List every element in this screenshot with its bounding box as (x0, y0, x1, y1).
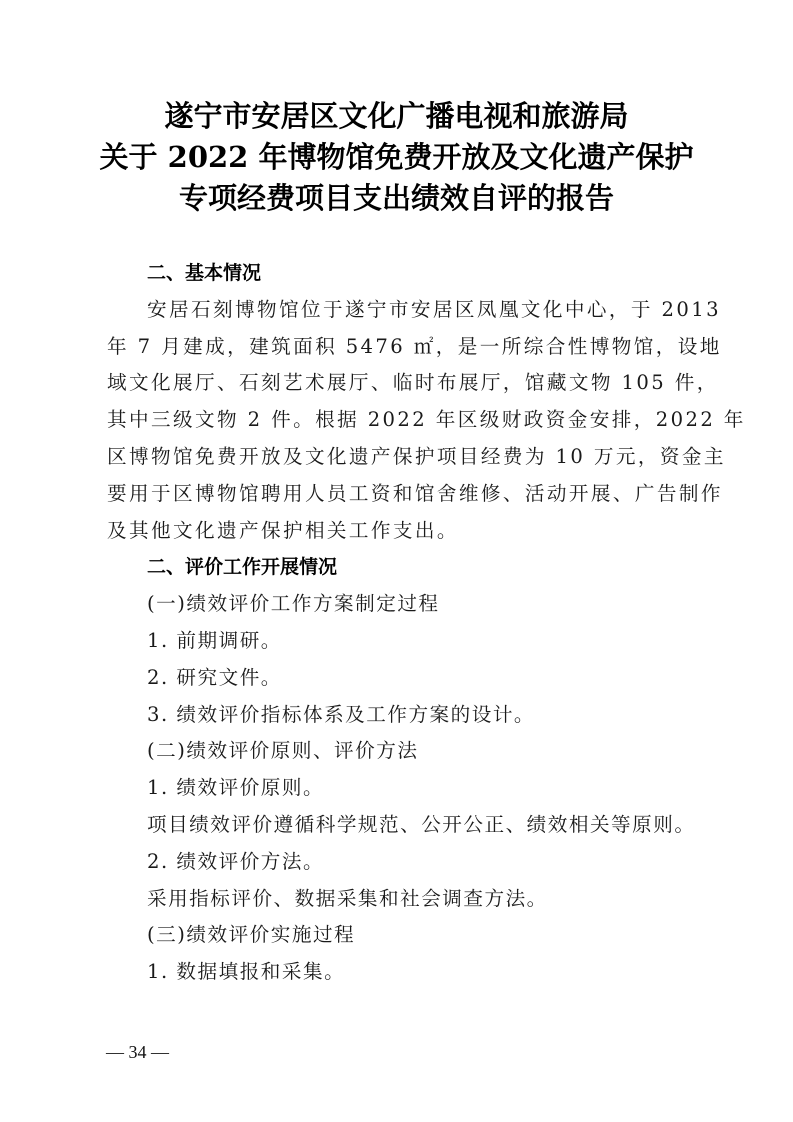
subsection-heading: (三)绩效评价实施过程 (107, 917, 697, 954)
document-body: 二、基本情况 安居石刻博物馆位于遂宁市安居区凤凰文化中心，于 2013 年 7 … (107, 255, 697, 991)
page-number: — 34 — (106, 1042, 169, 1063)
paragraph-line: 区博物馆免费开放及文化遗产保护项目经费为 10 万元，资金主 (107, 439, 697, 476)
paragraph-line: 要用于区博物馆聘用人员工资和馆舍维修、活动开展、广告制作 (107, 476, 697, 513)
document-page: 遂宁市安居区文化广播电视和旅游局 关于 2022 年博物馆免费开放及文化遗产保护… (0, 0, 793, 1122)
list-item: 1. 数据填报和采集。 (107, 954, 697, 991)
subsection-heading: (二)绩效评价原则、评价方法 (107, 733, 697, 770)
evaluation-list: (一)绩效评价工作方案制定过程 1. 前期调研。 2. 研究文件。 3. 绩效评… (107, 586, 697, 991)
subsection-heading: (一)绩效评价工作方案制定过程 (107, 586, 697, 623)
list-item: 1. 绩效评价原则。 (107, 770, 697, 807)
list-item-text: 采用指标评价、数据采集和社会调查方法。 (107, 881, 697, 918)
section-heading-evaluation: 二、评价工作开展情况 (107, 549, 697, 586)
list-item: 2. 绩效评价方法。 (107, 844, 697, 881)
document-title: 遂宁市安居区文化广播电视和旅游局 关于 2022 年博物馆免费开放及文化遗产保护… (0, 96, 793, 219)
paragraph-line: 其中三级文物 2 件。根据 2022 年区级财政资金安排，2022 年 (107, 402, 697, 439)
paragraph-line: 安居石刻博物馆位于遂宁市安居区凤凰文化中心，于 2013 (107, 292, 697, 329)
list-item-text: 项目绩效评价遵循科学规范、公开公正、绩效相关等原则。 (107, 807, 697, 844)
basic-info-paragraph: 安居石刻博物馆位于遂宁市安居区凤凰文化中心，于 2013 年 7 月建成，建筑面… (107, 292, 697, 550)
paragraph-line: 域文化展厅、石刻艺术展厅、临时布展厅，馆藏文物 105 件， (107, 365, 697, 402)
paragraph-line: 年 7 月建成，建筑面积 5476 ㎡，是一所综合性博物馆，设地 (107, 329, 697, 366)
title-line-3: 专项经费项目支出绩效自评的报告 (0, 178, 793, 219)
section-heading-basic-info: 二、基本情况 (107, 255, 697, 292)
title-line-1: 遂宁市安居区文化广播电视和旅游局 (0, 96, 793, 137)
list-item: 1. 前期调研。 (107, 623, 697, 660)
title-line-2: 关于 2022 年博物馆免费开放及文化遗产保护 (0, 137, 793, 178)
list-item: 3. 绩效评价指标体系及工作方案的设计。 (107, 697, 697, 734)
list-item: 2. 研究文件。 (107, 660, 697, 697)
paragraph-line: 及其他文化遗产保护相关工作支出。 (107, 513, 697, 550)
